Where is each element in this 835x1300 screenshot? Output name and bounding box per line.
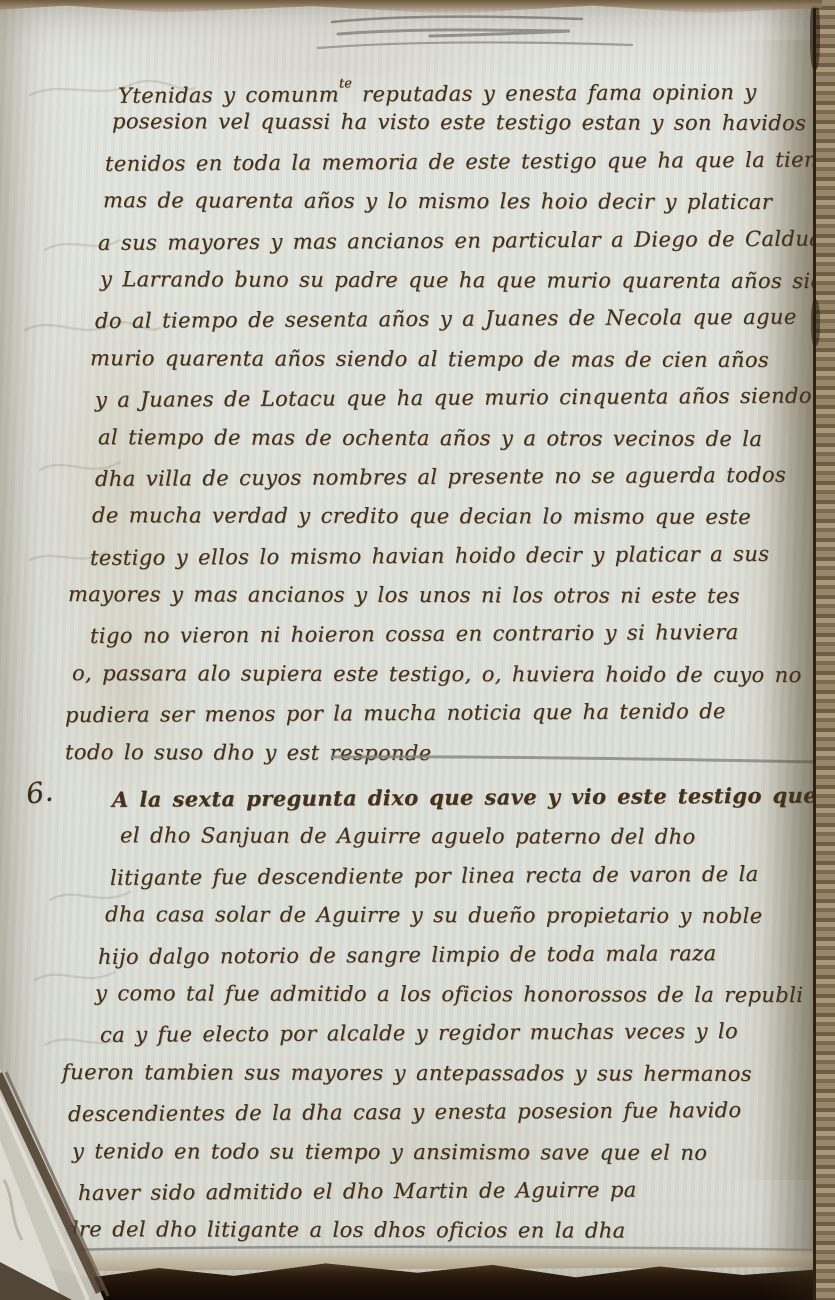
- page-edge-bottom-light: [55, 1245, 822, 1271]
- manuscript-line: y como tal fue admitido a los oficios ho…: [0, 974, 822, 1016]
- manuscript-line: mayores y mas ancianos y los unos ni los…: [0, 575, 822, 617]
- manuscript-line: y a Juanes de Lotacu que ha que murio ci…: [0, 377, 822, 421]
- manuscript-line: tigo no vieron ni hoieron cossa en contr…: [0, 613, 822, 657]
- book-page-edges-right: [813, 0, 835, 1300]
- pencil-scribble: [338, 30, 570, 36]
- manuscript-line: dha villa de cuyos nombres al presente n…: [0, 455, 822, 499]
- pencil-scribble: [332, 17, 582, 22]
- manuscript-line: dha casa solar de Aguirre y su dueño pro…: [0, 895, 822, 937]
- manuscript-line: Ytenidas y comunmte reputadas y enesta f…: [0, 61, 822, 105]
- manuscript-line: tenidos en toda la memoria de este testi…: [0, 140, 822, 184]
- manuscript-page: Ytenidas y comunmte reputadas y enesta f…: [0, 0, 822, 1300]
- manuscript-line: haver sido admitido el dho Martin de Agu…: [0, 1169, 822, 1213]
- manuscript-line: mas de quarenta años y lo mismo les hoio…: [0, 181, 822, 223]
- manuscript-line: posesion vel quassi ha visto este testig…: [0, 102, 822, 144]
- manuscript-line: hijo dalgo notorio de sangre limpio de t…: [0, 933, 822, 977]
- margin-question-number: 6.: [24, 774, 55, 810]
- superscript-abbreviation: te: [339, 76, 352, 91]
- manuscript-photo: Ytenidas y comunmte reputadas y enesta f…: [0, 0, 835, 1300]
- manuscript-line: al tiempo de mas de ochenta años y a otr…: [0, 417, 822, 459]
- manuscript-line: pudiera ser menos por la mucha noticia q…: [0, 692, 822, 736]
- manuscript-line: murio quarenta años siendo al tiempo de …: [0, 339, 822, 381]
- manuscript-line: testigo y ellos lo mismo havian hoido de…: [0, 534, 822, 578]
- manuscript-line: de mucha verdad y credito que decian lo …: [0, 496, 822, 538]
- manuscript-line: litigante fue descendiente por linea rec…: [0, 854, 822, 898]
- manuscript-line: fueron tambien sus mayores y antepassado…: [0, 1053, 822, 1095]
- manuscript-line-sexta-pregunta: A la sexta pregunta dixo que save y vio …: [0, 776, 822, 820]
- manuscript-text: Ytenidas y comunmte reputadas y enesta f…: [0, 64, 822, 1251]
- manuscript-line: do al tiempo de sesenta años y a Juanes …: [0, 298, 822, 342]
- manuscript-line: a sus mayores y mas ancianos en particul…: [0, 219, 822, 263]
- pencil-scribble: [318, 42, 632, 48]
- manuscript-line: el dho Sanjuan de Aguirre aguelo paterno…: [0, 816, 822, 858]
- manuscript-line: descendientes de la dha casa y enesta po…: [0, 1091, 822, 1135]
- manuscript-line: y Larrando buno su padre que ha que muri…: [0, 260, 822, 302]
- manuscript-line: y tenido en todo su tiempo y ansimismo s…: [0, 1131, 822, 1173]
- manuscript-line: todo lo suso dho y est responde: [0, 733, 822, 775]
- manuscript-line: o, passara alo supiera este testigo, o, …: [0, 654, 822, 696]
- manuscript-line: ca y fue electo por alcalde y regidor mu…: [0, 1012, 822, 1056]
